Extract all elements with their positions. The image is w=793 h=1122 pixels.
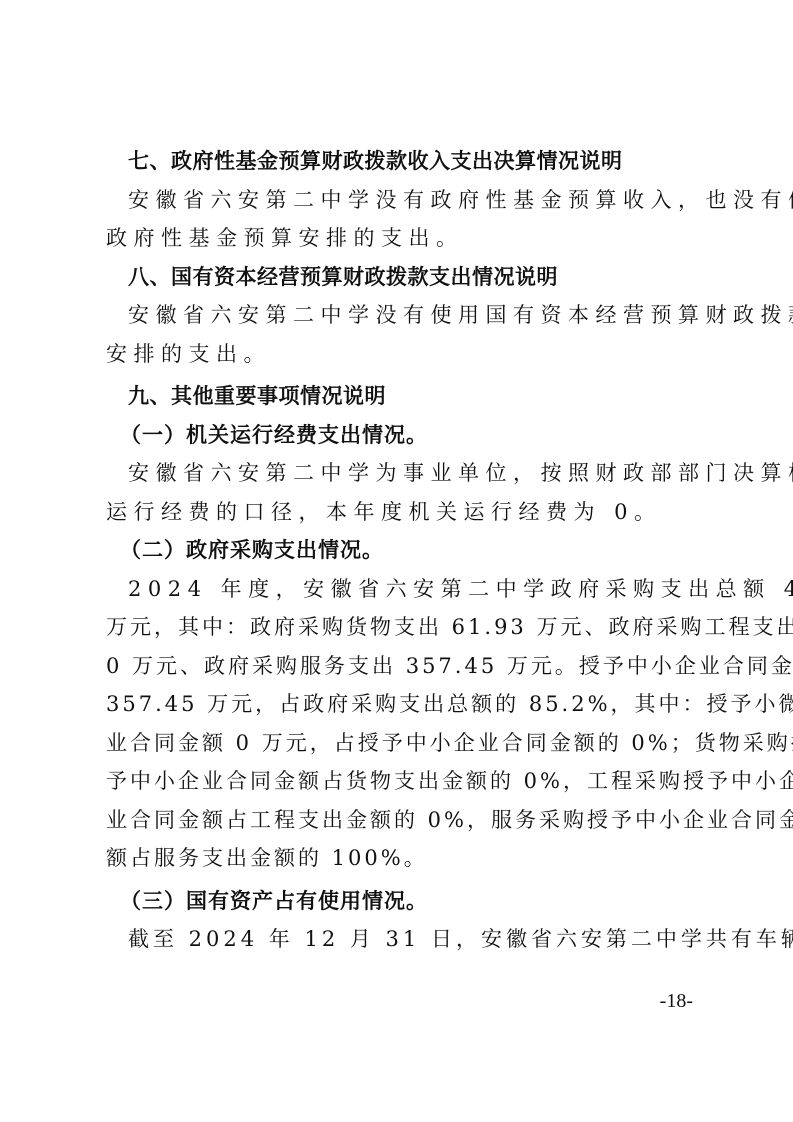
- paragraph-line: 运行经费的口径，本年度机关运行经费为 0。: [106, 493, 694, 532]
- section-heading-9: 九、其他重要事项情况说明: [106, 377, 694, 416]
- paragraph-line: 安徽省六安第二中学为事业单位，按照财政部部门决算机关: [106, 454, 694, 493]
- paragraph-line: 政府性基金预算安排的支出。: [106, 219, 694, 258]
- paragraph-line: 安徽省六安第二中学没有政府性基金预算收入，也没有使用: [106, 181, 694, 220]
- paragraph-line: 额占服务支出金额的 100%。: [106, 839, 694, 878]
- paragraph-line: 截至 2024 年 12 月 31 日，安徽省六安第二中学共有车辆 0: [106, 920, 694, 959]
- paragraph-line: 安徽省六安第二中学没有使用国有资本经营预算财政拨款: [106, 296, 694, 335]
- subsection-heading-3: （三）国有资产占有使用情况。: [106, 882, 694, 921]
- subsection-heading-2: （二）政府采购支出情况。: [106, 531, 694, 570]
- subsection-heading-1: （一）机关运行经费支出情况。: [106, 416, 694, 455]
- paragraph-line: 2024 年度，安徽省六安第二中学政府采购支出总额 419.38: [106, 570, 694, 609]
- paragraph-line: 0 万元、政府采购服务支出 357.45 万元。授予中小企业合同金额: [106, 647, 694, 686]
- paragraph-line: 业合同金额 0 万元，占授予中小企业合同金额的 0%；货物采购授: [106, 724, 694, 763]
- paragraph-line: 安排的支出。: [106, 335, 694, 374]
- paragraph-line: 予中小企业合同金额占货物支出金额的 0%，工程采购授予中小企: [106, 762, 694, 801]
- paragraph-line: 万元，其中：政府采购货物支出 61.93 万元、政府采购工程支出: [106, 608, 694, 647]
- paragraph-line: 业合同金额占工程支出金额的 0%，服务采购授予中小企业合同金: [106, 801, 694, 840]
- section-heading-7: 七、政府性基金预算财政拨款收入支出决算情况说明: [106, 142, 694, 181]
- document-page: 七、政府性基金预算财政拨款收入支出决算情况说明 安徽省六安第二中学没有政府性基金…: [106, 142, 694, 959]
- section-heading-8: 八、国有资本经营预算财政拨款支出情况说明: [106, 258, 694, 297]
- paragraph-line: 357.45 万元，占政府采购支出总额的 85.2%，其中：授予小微企: [106, 685, 694, 724]
- page-number: -18-: [660, 990, 693, 1013]
